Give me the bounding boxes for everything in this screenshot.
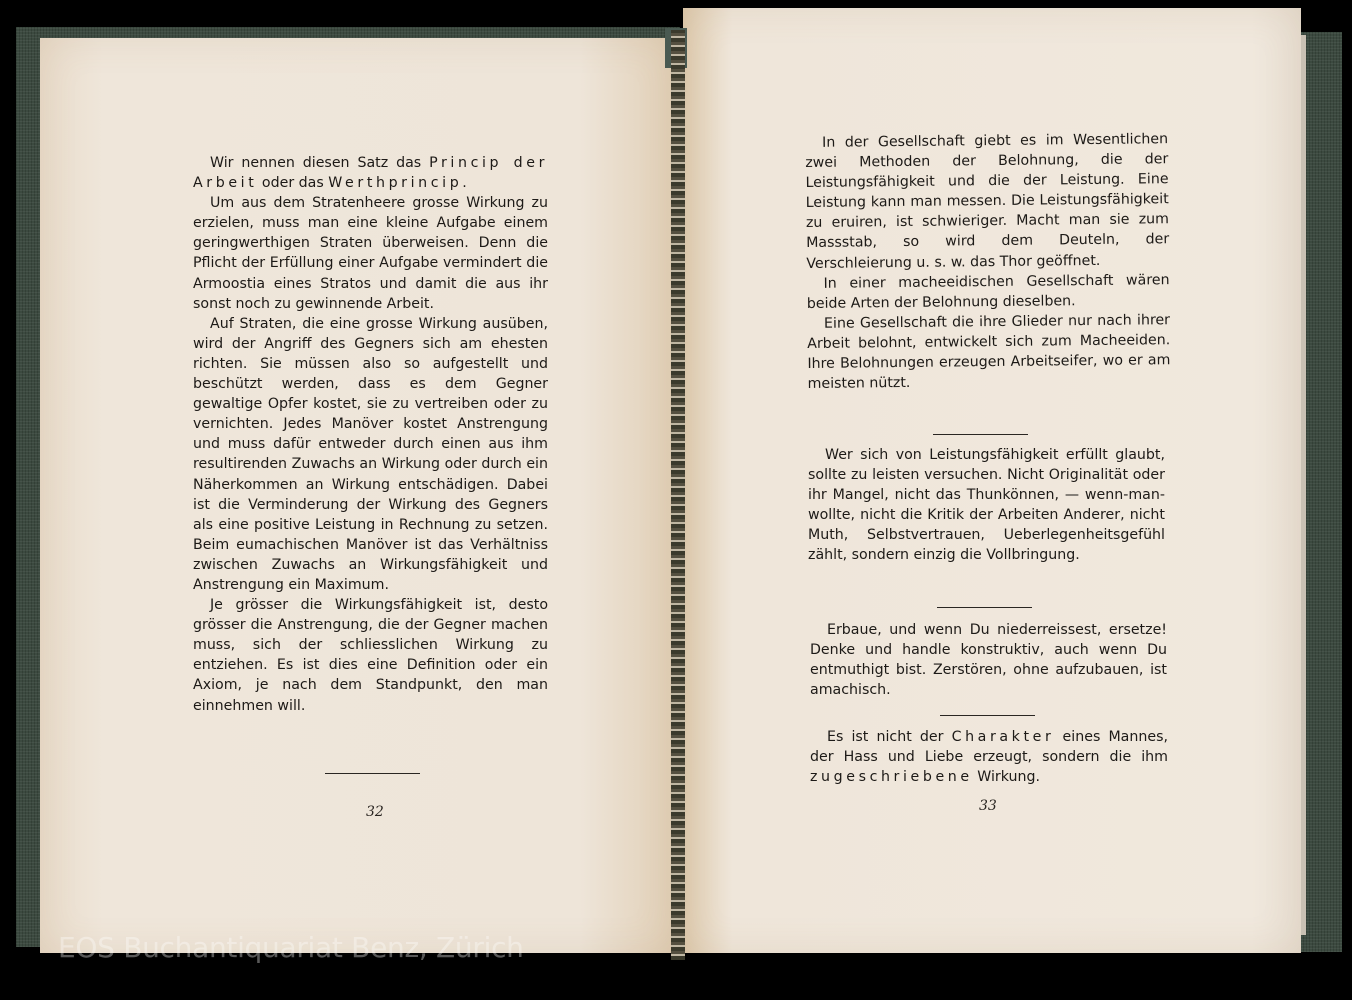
paragraph: Je grösser die Wirkungsfähigkeit ist, de… [193, 595, 548, 716]
paragraph: Eine Gesellschaft die ihre Glieder nur n… [807, 310, 1171, 394]
paragraph: Erbaue, und wenn Du niederreissest, erse… [810, 620, 1167, 700]
spaced-emphasis: Werthprincip. [328, 175, 470, 191]
text-run: oder das [257, 175, 328, 191]
paragraph: Wir nennen diesen Satz das Princip der A… [193, 153, 548, 193]
section-divider [940, 715, 1035, 716]
paragraph: In der Gesellschaft giebt es im Wesentli… [805, 129, 1169, 273]
section-divider [933, 434, 1028, 435]
paragraph: Es ist nicht der Charakter eines Mannes,… [810, 727, 1168, 787]
paragraph: In einer macheeidischen Gesellschaft wär… [806, 270, 1169, 314]
watermark: EOS Buchantiquariat Benz, Zürich [58, 931, 524, 964]
section-divider [937, 607, 1032, 608]
book-spine-stitching [671, 30, 685, 960]
paragraph: Um aus dem Stratenheere grosse Wirkung z… [193, 193, 548, 314]
spaced-emphasis: zugeschriebene [810, 769, 973, 785]
section-divider [325, 773, 420, 774]
text-run: Wirkung. [973, 769, 1040, 785]
spaced-emphasis: Charakter [952, 729, 1055, 745]
page-number-left: 32 [366, 804, 384, 820]
paragraph: Auf Straten, die eine grosse Wirkung aus… [193, 314, 548, 595]
text-run: Es ist nicht der [827, 729, 952, 745]
aphorism-block: Wer sich von Leistungsfähigkeit erfüllt … [808, 445, 1165, 566]
page-number-right: 33 [979, 798, 997, 814]
aphorism-block: Es ist nicht der Charakter eines Mannes,… [810, 727, 1168, 787]
left-page-text: Wir nennen diesen Satz das Princip der A… [193, 153, 548, 716]
text-run: Wir nennen diesen Satz das [210, 155, 429, 171]
aphorism-block: Erbaue, und wenn Du niederreissest, erse… [810, 620, 1167, 700]
paragraph: Wer sich von Leistungsfähigkeit erfüllt … [808, 445, 1165, 566]
right-page-text: In der Gesellschaft giebt es im Wesentli… [805, 129, 1171, 394]
